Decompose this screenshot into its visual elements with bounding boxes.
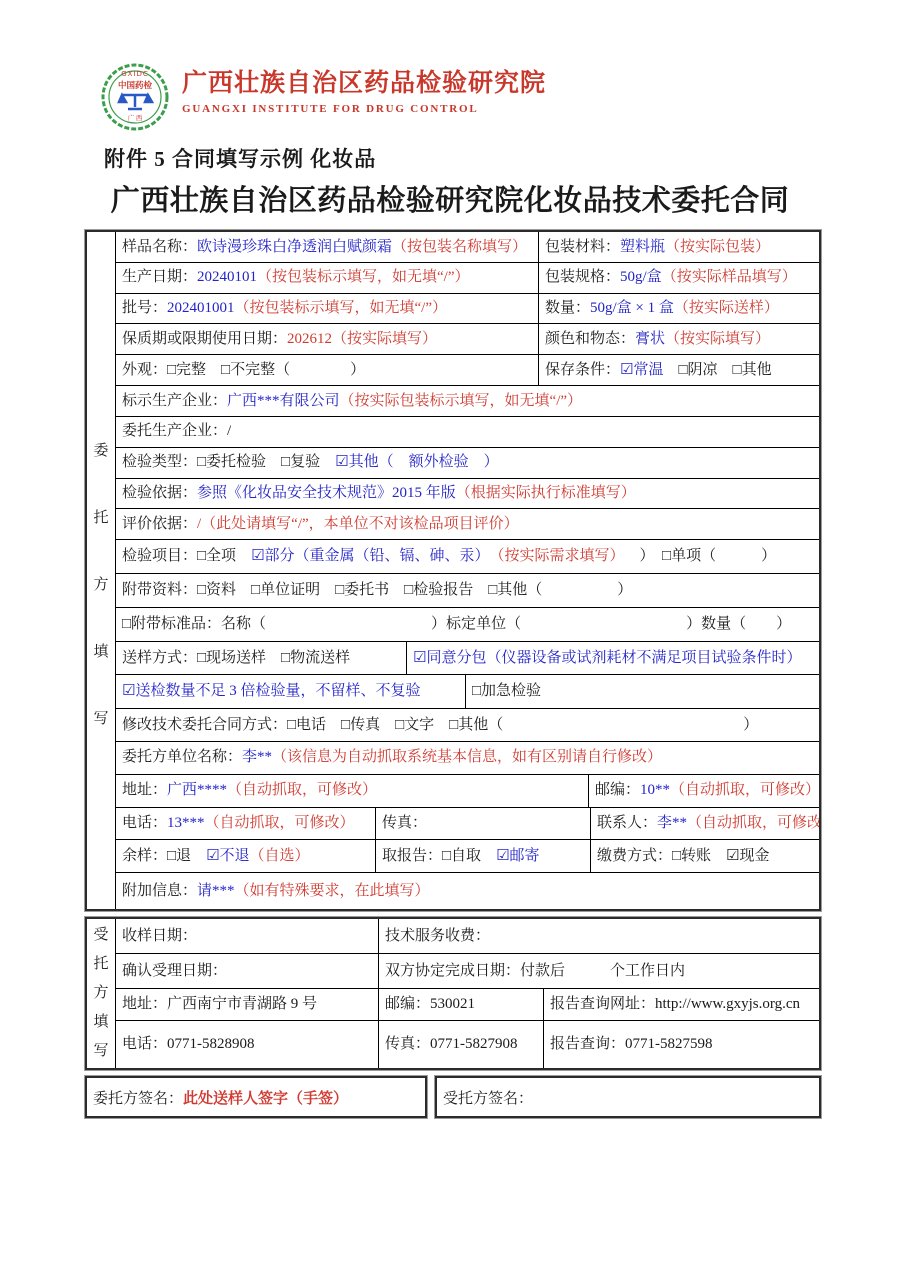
field-quantity: 数量：50g/盒 × 1 盒（按实际送样） bbox=[538, 294, 819, 324]
field-label: 送样方式：□现场送样 □物流送样 bbox=[122, 649, 350, 668]
field-note: （如有特殊要求，在此填写） bbox=[235, 882, 430, 901]
field-label: 传真：0771-5827908 bbox=[385, 1035, 518, 1054]
field-value: 20240101 bbox=[197, 268, 257, 287]
field-label: 样品名称： bbox=[122, 238, 197, 257]
table-row: 电话：0771-5828908 传真：0771-5827908 报告查询：077… bbox=[116, 1021, 819, 1068]
field-service-fee: 技术服务收费： bbox=[378, 919, 819, 953]
field-label: 报告查询：0771-5827598 bbox=[550, 1035, 713, 1054]
table-row: 附带资料：□资料 □单位证明 □委托书 □检验报告 □其他（ ） bbox=[116, 574, 819, 608]
field-note: （自动抓取，可修改） bbox=[670, 781, 819, 800]
checked-option: ☑其他（ 额外检验 ） bbox=[335, 453, 498, 472]
table-row: □附带标准品：名称（ ）标定单位（ ）数量（ ） bbox=[116, 608, 819, 642]
field-label: 地址： bbox=[122, 781, 167, 800]
table-row: 地址：广西****（自动抓取，可修改） 邮编：10**（自动抓取，可修改） bbox=[116, 775, 819, 808]
table-row: 送样方式：□现场送样 □物流送样 ☑同意分包（仪器设备或试剂耗材不满足项目试验条… bbox=[116, 642, 819, 676]
field-agreed-completion-date: 双方协定完成日期：付款后 个工作日内 bbox=[378, 954, 819, 988]
field-label: 保质期或限期使用日期： bbox=[122, 330, 287, 349]
table-row: 批号：202401001（按包装标示填写，如无填“/”） 数量：50g/盒 × … bbox=[116, 294, 819, 325]
field-storage-condition: 保存条件：☑常温 □阴凉 □其他 bbox=[538, 355, 819, 385]
field-package-material: 包装材料：塑料瓶（按实际包装） bbox=[538, 232, 819, 262]
field-value: 膏状 bbox=[635, 330, 665, 349]
org-name-block: 广西壮族自治区药品检验研究院 GUANGXI INSTITUTE FOR DRU… bbox=[182, 62, 546, 115]
logo-scales-glyph bbox=[119, 95, 152, 109]
table-row: 余样：□退 ☑不退（自选） 取报告：□自取 ☑邮寄 缴费方式：□转账 ☑现金 bbox=[116, 840, 819, 873]
table-row: 确认受理日期： 双方协定完成日期：付款后 个工作日内 bbox=[116, 954, 819, 989]
side-char: 方 bbox=[93, 986, 108, 1001]
logo-bottom-text: 广 西 bbox=[128, 113, 143, 122]
field-label: 检验依据： bbox=[122, 484, 197, 503]
field-evaluation-basis: 评价依据：/（此处请填写“/”，本单位不对该检品项目评价） bbox=[116, 509, 819, 539]
field-value: 50g/盒 × 1 盒 bbox=[590, 299, 674, 318]
field-reference-standard: □附带标准品：名称（ ）标定单位（ ）数量（ ） bbox=[116, 608, 819, 641]
field-value: 13*** bbox=[167, 814, 205, 833]
field-value: 李** bbox=[242, 748, 272, 767]
table-row: 修改技术委托合同方式：□电话 □传真 □文字 □其他（ ） bbox=[116, 709, 819, 742]
field-label: 批号： bbox=[122, 299, 167, 318]
field-label: 外观：□完整 □不完整（ ） bbox=[122, 361, 365, 380]
client-signature-label: 委托方签名： bbox=[93, 1087, 183, 1108]
field-label: 技术服务收费： bbox=[385, 927, 490, 946]
side-char: 填 bbox=[93, 645, 108, 660]
field-sample-name: 样品名称：欧诗漫珍珠白净透润白赋颜霜（按包装名称填写） bbox=[116, 232, 538, 262]
field-note: （按实际填写） bbox=[332, 330, 437, 349]
trustee-signature-box: 受托方签名： bbox=[435, 1076, 821, 1118]
client-side-label: 委 托 方 填 写 bbox=[87, 232, 116, 909]
field-trustee-address: 地址：广西南宁市青湖路 9 号 bbox=[116, 989, 378, 1020]
field-label: 报告查询网址：http://www.gxyjs.org.cn bbox=[550, 995, 800, 1014]
field-label: 生产日期： bbox=[122, 268, 197, 287]
side-char: 托 bbox=[93, 957, 108, 972]
field-label: 检验类型：□委托检验 □复验 bbox=[122, 453, 335, 472]
field-label: 缴费方式：□转账 ☑现金 bbox=[597, 847, 770, 866]
field-remaining-sample: 余样：□退 ☑不退（自选） bbox=[116, 840, 375, 872]
field-inspection-type: 检验类型：□委托检验 □复验 ☑其他（ 额外检验 ） bbox=[116, 448, 819, 478]
field-insufficient-sample: ☑送检数量不足 3 倍检验量，不留样、不复验 bbox=[116, 675, 465, 708]
field-label: 保存条件： bbox=[545, 361, 620, 380]
side-char: 填 bbox=[93, 1015, 108, 1030]
table-row: 地址：广西南宁市青湖路 9 号 邮编：530021 报告查询网址：http://… bbox=[116, 989, 819, 1021]
field-additional-info: 附加信息：请***（如有特殊要求，在此填写） bbox=[116, 873, 819, 909]
field-note: （按实际送样） bbox=[674, 299, 779, 318]
field-note: （按包装标示填写，如无填“/”） bbox=[257, 268, 469, 287]
field-label: 邮编： bbox=[595, 781, 640, 800]
field-note: （自动抓取，可修改） bbox=[205, 814, 355, 833]
field-note: （按实际样品填写） bbox=[662, 268, 797, 287]
field-options: □阴凉 □其他 bbox=[663, 361, 771, 380]
header: GXIDC 中国药检 广 西 广西壮族自治区药品检验研究院 GUANGXI IN… bbox=[100, 62, 546, 132]
field-label: 传真： bbox=[382, 814, 427, 833]
checked-option: ☑部分（重金属（铅、镉、砷、汞） bbox=[251, 547, 489, 566]
field-urgent-inspection: □加急检验 bbox=[465, 675, 819, 708]
table-row: 样品名称：欧诗漫珍珠白净透润白赋颜霜（按包装名称填写） 包装材料：塑料瓶（按实际… bbox=[116, 232, 819, 263]
field-contract-modification: 修改技术委托合同方式：□电话 □传真 □文字 □其他（ ） bbox=[116, 709, 819, 741]
field-note: （自动抓取，可修改） bbox=[227, 781, 377, 800]
checked-option: ☑同意分包（仪器设备或试剂耗材不满足项目试验条件时） bbox=[413, 649, 801, 668]
field-note: （自选） bbox=[250, 847, 310, 866]
field-trustee-postcode: 邮编：530021 bbox=[378, 989, 543, 1020]
field-label: □附带标准品：名称（ ）标定单位（ ）数量（ ） bbox=[122, 615, 791, 634]
field-client-phone: 电话：13***（自动抓取，可修改） bbox=[116, 808, 375, 840]
field-note: （该信息为自动抓取系统基本信息，如有区别请自行修改） bbox=[272, 748, 662, 767]
field-value: 请*** bbox=[197, 882, 235, 901]
field-value: 李** bbox=[657, 814, 687, 833]
table-row: 外观：□完整 □不完整（ ） 保存条件：☑常温 □阴凉 □其他 bbox=[116, 355, 819, 386]
field-subcontract-consent: ☑同意分包（仪器设备或试剂耗材不满足项目试验条件时） bbox=[406, 642, 819, 675]
field-label: 取报告：□自取 bbox=[382, 847, 496, 866]
logo-top-text: GXIDC bbox=[121, 70, 149, 78]
field-label: □加急检验 bbox=[472, 682, 541, 701]
field-label: 收样日期： bbox=[122, 927, 197, 946]
field-label: 电话：0771-5828908 bbox=[122, 1035, 255, 1054]
side-char: 托 bbox=[93, 511, 108, 526]
field-label: 电话： bbox=[122, 814, 167, 833]
field-trustee-phone: 电话：0771-5828908 bbox=[116, 1021, 378, 1068]
client-fill-table: 委 托 方 填 写 样品名称：欧诗漫珍珠白净透润白赋颜霜（按包装名称填写） 包装… bbox=[85, 230, 821, 911]
field-value: 欧诗漫珍珠白净透润白赋颜霜 bbox=[197, 238, 392, 257]
field-label: 双方协定完成日期：付款后 个工作日内 bbox=[385, 962, 685, 981]
table-row: 附加信息：请***（如有特殊要求，在此填写） bbox=[116, 873, 819, 909]
field-label: 地址：广西南宁市青湖路 9 号 bbox=[122, 995, 317, 1014]
side-char: 写 bbox=[93, 712, 108, 727]
field-label: 颜色和物态： bbox=[545, 330, 635, 349]
side-char: 受 bbox=[93, 928, 108, 943]
field-note: （自动抓取，可修改） bbox=[687, 814, 819, 833]
field-entrusted-manufacturer: 委托生产企业：/ bbox=[116, 417, 819, 447]
field-label: 数量： bbox=[545, 299, 590, 318]
field-value: 202612 bbox=[287, 330, 332, 349]
field-note: （按实际填写） bbox=[665, 330, 770, 349]
field-appearance: 外观：□完整 □不完整（ ） bbox=[116, 355, 538, 385]
table-row: 检验依据：参照《化妆品安全技术规范》2015 年版（根据实际执行标准填写） bbox=[116, 479, 819, 510]
field-inspection-basis: 检验依据：参照《化妆品安全技术规范》2015 年版（根据实际执行标准填写） bbox=[116, 479, 819, 509]
field-inspection-items: 检验项目：□全项 ☑部分（重金属（铅、镉、砷、汞）（按实际需求填写） ） □单项… bbox=[116, 540, 819, 573]
field-batch-number: 批号：202401001（按包装标示填写，如无填“/”） bbox=[116, 294, 538, 324]
field-value: 202401001 bbox=[167, 299, 235, 318]
field-value: 50g/盒 bbox=[620, 268, 662, 287]
trustee-signature-label: 受托方签名： bbox=[443, 1087, 533, 1108]
field-label: 邮编：530021 bbox=[385, 995, 475, 1014]
field-note: （按包装名称填写） bbox=[392, 238, 527, 257]
field-label: 确认受理日期： bbox=[122, 962, 227, 981]
field-value: 参照《化妆品安全技术规范》2015 年版 bbox=[197, 484, 456, 503]
table-row: 保质期或限期使用日期：202612（按实际填写） 颜色和物态：膏状（按实际填写） bbox=[116, 324, 819, 355]
client-signature-box: 委托方签名：此处送样人签字（手签） bbox=[85, 1076, 427, 1118]
field-client-address: 地址：广西****（自动抓取，可修改） bbox=[116, 775, 588, 807]
table-row: 收样日期： 技术服务收费： bbox=[116, 919, 819, 954]
field-note: /（此处请填写“/”，本单位不对该检品项目评价） bbox=[197, 515, 519, 534]
field-label: 委托方单位名称： bbox=[122, 748, 242, 767]
contract-title: 广西壮族自治区药品检验研究院化妆品技术委托合同 bbox=[0, 178, 900, 219]
field-delivery-method: 送样方式：□现场送样 □物流送样 bbox=[116, 642, 406, 675]
field-report-query-phone: 报告查询：0771-5827598 bbox=[543, 1021, 819, 1068]
field-trustee-fax: 传真：0771-5827908 bbox=[378, 1021, 543, 1068]
table-row: 委托方单位名称：李**（该信息为自动抓取系统基本信息，如有区别请自行修改） bbox=[116, 742, 819, 775]
field-label: 修改技术委托合同方式：□电话 □传真 □文字 □其他（ ） bbox=[122, 716, 758, 735]
field-label: 评价依据： bbox=[122, 515, 197, 534]
table-row: 生产日期：20240101（按包装标示填写，如无填“/”） 包装规格：50g/盒… bbox=[116, 263, 819, 294]
table-row: 检验项目：□全项 ☑部分（重金属（铅、镉、砷、汞）（按实际需求填写） ） □单项… bbox=[116, 540, 819, 574]
side-char: 方 bbox=[93, 578, 108, 593]
field-note: （根据实际执行标准填写） bbox=[456, 484, 636, 503]
field-client-unit-name: 委托方单位名称：李**（该信息为自动抓取系统基本信息，如有区别请自行修改） bbox=[116, 742, 819, 774]
field-label: 检验项目：□全项 bbox=[122, 547, 251, 566]
field-client-contact: 联系人：李**（自动抓取，可修改） bbox=[590, 808, 819, 840]
field-label: 余样：□退 bbox=[122, 847, 206, 866]
table-row: ☑送检数量不足 3 倍检验量，不留样、不复验 □加急检验 bbox=[116, 675, 819, 709]
field-value: 广西***有限公司 bbox=[227, 392, 340, 411]
table-row: 电话：13***（自动抓取，可修改） 传真： 联系人：李**（自动抓取，可修改） bbox=[116, 808, 819, 841]
checked-option: ☑邮寄 bbox=[496, 847, 539, 866]
org-name-cn: 广西壮族自治区药品检验研究院 bbox=[182, 70, 546, 98]
field-label: 标示生产企业： bbox=[122, 392, 227, 411]
checked-option: ☑送检数量不足 3 倍检验量，不留样、不复验 bbox=[122, 682, 420, 701]
field-package-spec: 包装规格：50g/盒（按实际样品填写） bbox=[538, 263, 819, 293]
field-client-postcode: 邮编：10**（自动抓取，可修改） bbox=[588, 775, 819, 807]
table-row: 委托生产企业：/ bbox=[116, 417, 819, 448]
field-expiry-date: 保质期或限期使用日期：202612（按实际填写） bbox=[116, 324, 538, 354]
field-value: 广西**** bbox=[167, 781, 227, 800]
institute-logo-icon: GXIDC 中国药检 广 西 bbox=[100, 62, 170, 132]
field-label: 包装材料： bbox=[545, 238, 620, 257]
field-value: 10** bbox=[640, 781, 670, 800]
field-sample-received-date: 收样日期： bbox=[116, 919, 378, 953]
checked-option: ☑不退 bbox=[206, 847, 249, 866]
trustee-fill-table: 受 托 方 填 写 收样日期： 技术服务收费： 确认受理日期： 双方协定完成日期… bbox=[85, 917, 821, 1070]
field-labeled-manufacturer: 标示生产企业：广西***有限公司（按实际包装标示填写，如无填“/”） bbox=[116, 386, 819, 416]
table-row: 评价依据：/（此处请填写“/”，本单位不对该检品项目评价） bbox=[116, 509, 819, 540]
checked-option: ☑常温 bbox=[620, 361, 663, 380]
field-label: 附带资料：□资料 □单位证明 □委托书 □检验报告 □其他（ ） bbox=[122, 581, 632, 600]
field-note: （按实际包装） bbox=[665, 238, 770, 257]
document-page: { "header": { "logo_top": "GXIDC", "logo… bbox=[0, 0, 900, 1272]
field-note: （按实际包装标示填写，如无填“/”） bbox=[340, 392, 583, 411]
field-color-state: 颜色和物态：膏状（按实际填写） bbox=[538, 324, 819, 354]
field-label: 委托生产企业：/ bbox=[122, 422, 231, 441]
field-production-date: 生产日期：20240101（按包装标示填写，如无填“/”） bbox=[116, 263, 538, 293]
field-label: 包装规格： bbox=[545, 268, 620, 287]
field-note: （按包装标示填写，如无填“/”） bbox=[235, 299, 447, 318]
field-report-query-url: 报告查询网址：http://www.gxyjs.org.cn bbox=[543, 989, 819, 1020]
field-label: 附加信息： bbox=[122, 882, 197, 901]
field-acceptance-date: 确认受理日期： bbox=[116, 954, 378, 988]
field-options: ） □单项（ ） bbox=[625, 547, 777, 566]
field-payment-method: 缴费方式：□转账 ☑现金 bbox=[590, 840, 819, 872]
side-char: 写 bbox=[93, 1044, 108, 1059]
field-attached-materials: 附带资料：□资料 □单位证明 □委托书 □检验报告 □其他（ ） bbox=[116, 574, 819, 607]
field-client-fax: 传真： bbox=[375, 808, 590, 840]
table-row: 标示生产企业：广西***有限公司（按实际包装标示填写，如无填“/”） bbox=[116, 386, 819, 417]
side-char: 委 bbox=[93, 444, 108, 459]
field-note: （按实际需求填写） bbox=[490, 547, 625, 566]
field-value: 塑料瓶 bbox=[620, 238, 665, 257]
org-name-en: GUANGXI INSTITUTE FOR DRUG CONTROL bbox=[182, 103, 546, 115]
field-label: 联系人： bbox=[597, 814, 657, 833]
client-signature-note: 此处送样人签字（手签） bbox=[183, 1087, 348, 1108]
logo-mid-text: 中国药检 bbox=[118, 80, 153, 90]
table-row: 检验类型：□委托检验 □复验 ☑其他（ 额外检验 ） bbox=[116, 448, 819, 479]
trustee-side-label: 受 托 方 填 写 bbox=[87, 919, 116, 1068]
attachment-line: 附件 5 合同填写示例 化妆品 bbox=[104, 143, 376, 173]
field-report-pickup: 取报告：□自取 ☑邮寄 bbox=[375, 840, 590, 872]
